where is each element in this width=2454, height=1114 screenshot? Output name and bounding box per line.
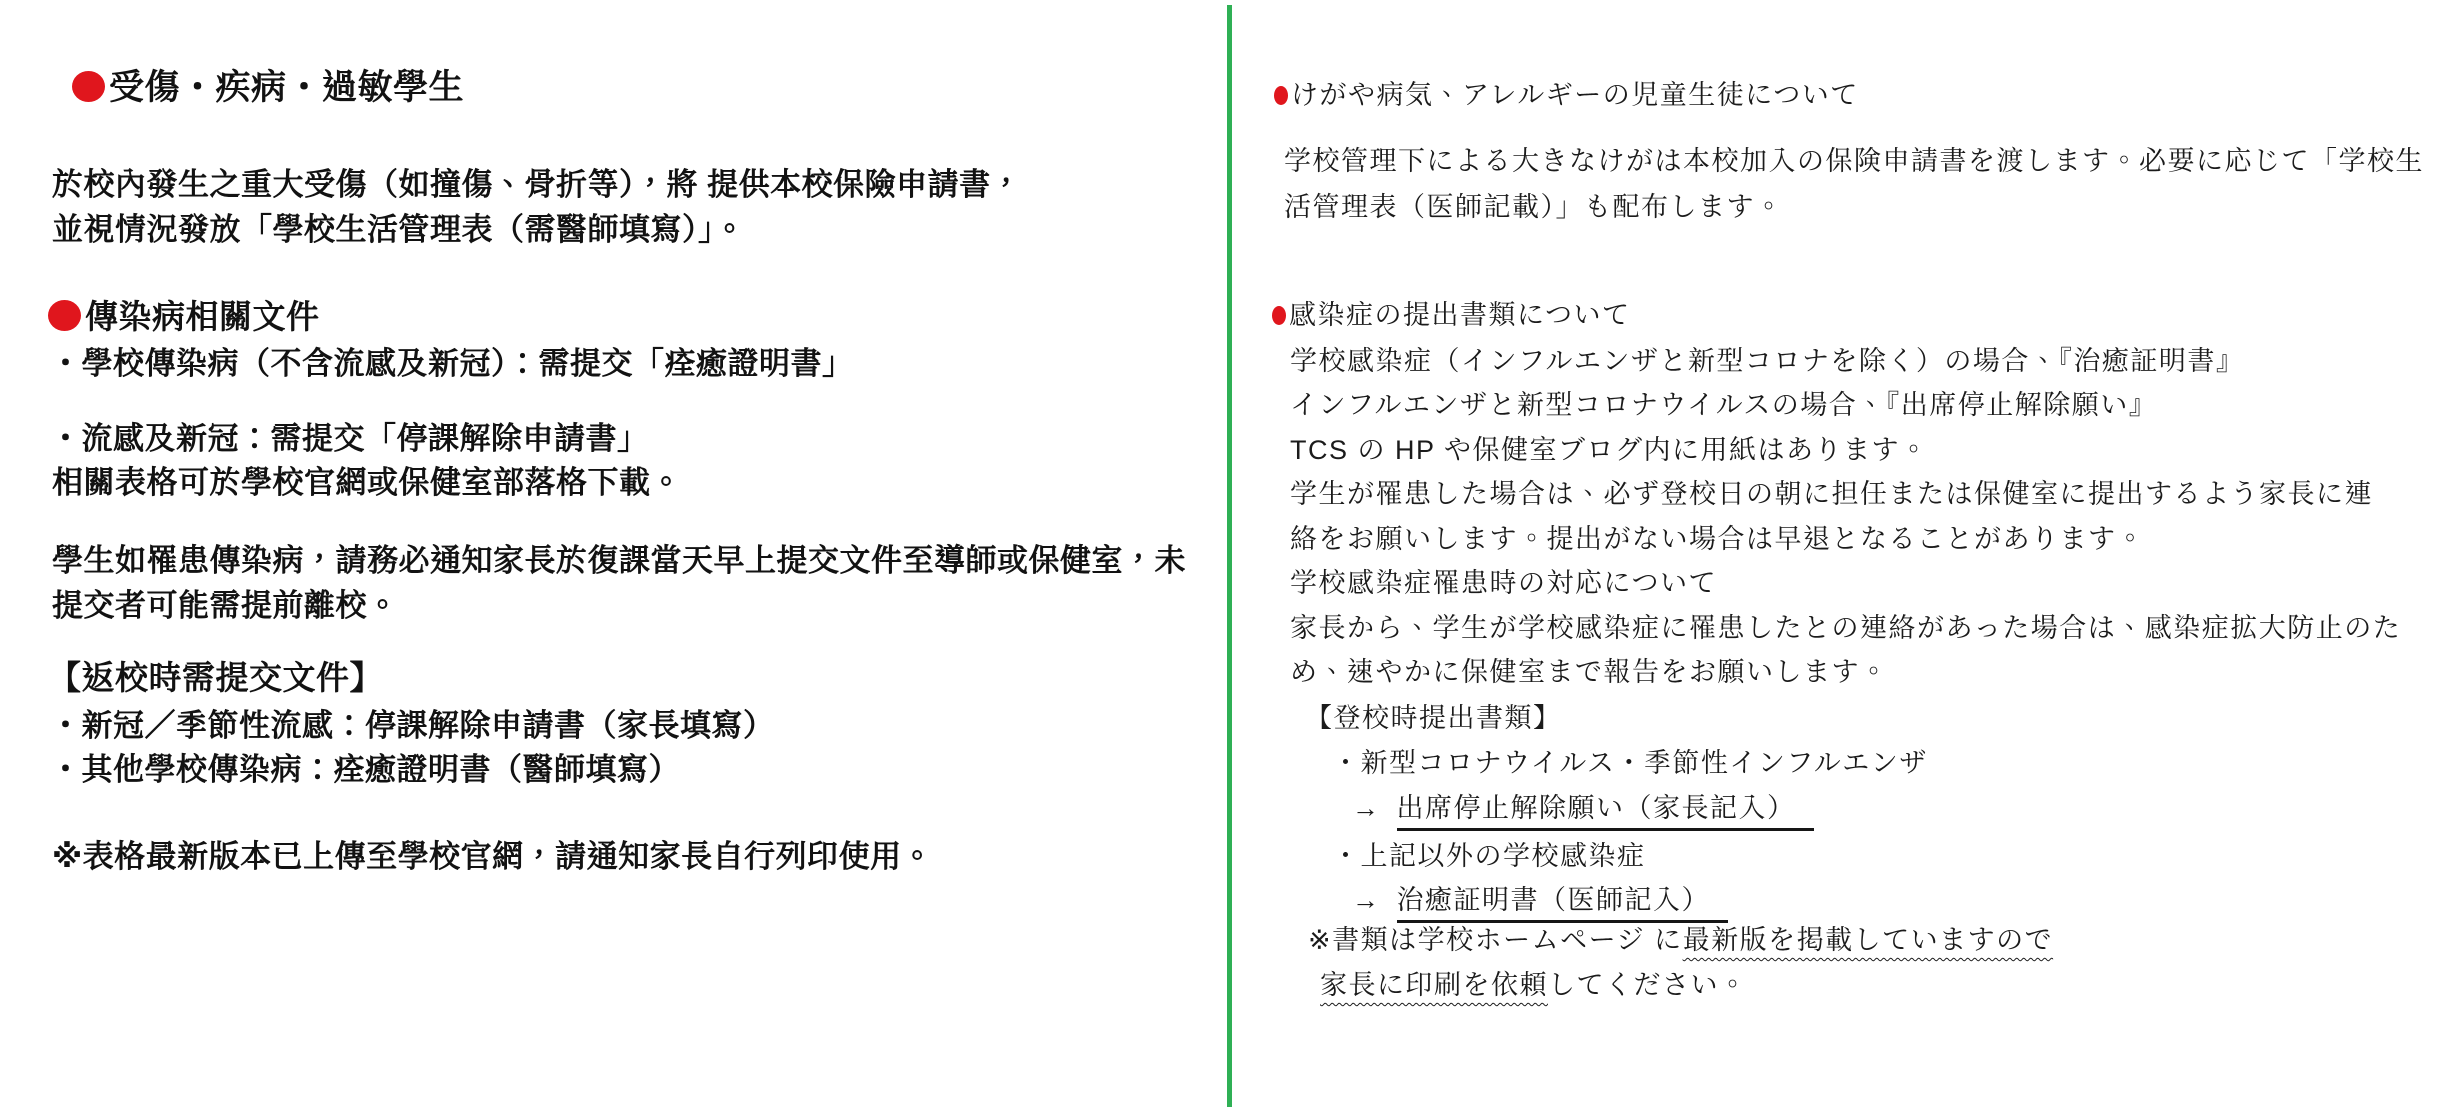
body-line: 提交者可能需提前離校。 [52, 580, 399, 625]
red-bullet-icon [1274, 86, 1288, 105]
footnote-line: ※表格最新版本已上傳至學校官網，請通知家長自行列印使用。 [52, 831, 933, 876]
right-arrow-icon: → [1352, 793, 1381, 823]
column-divider-line [1227, 5, 1232, 1107]
body-line: め、速やかに保健室まで報告をお願いします。 [1290, 650, 1889, 689]
body-line: 於校內發生之重大受傷（如撞傷、骨折等），將 提供本校保險申請書， [52, 159, 1022, 204]
section-heading-return-docs-zh: 【返校時需提交文件】 [48, 652, 383, 699]
body-line: 学校感染症（インフルエンザと新型コロナを除く）の場合、『治癒証明書』 [1290, 339, 2244, 378]
list-item: ・其他學校傳染病：痊癒證明書（醫師填寫） [50, 744, 680, 789]
right-arrow-icon: → [1352, 885, 1381, 915]
body-line: 並視情況發放「學校生活管理表（需醫師填寫）」。 [52, 204, 746, 249]
body-line: 學生如罹患傳染病，請務必通知家長於復課當天早上提交文件至導師或保健室，未 [52, 535, 1186, 580]
section-heading-infectious-zh: 傳染病相關文件 [48, 291, 320, 338]
body-line: 家長から、学生が学校感染症に罹患したとの連絡があった場合は、感染症拡大防止のた [1290, 606, 2401, 645]
list-item: ・流感及新冠：需提交「停課解除申請書」 [50, 413, 649, 458]
notice-document: { "colors": { "divider_green": "#2fb055"… [0, 0, 2454, 1114]
list-item: ・學校傳染病（不含流感及新冠）：需提交「痊癒證明書」 [50, 338, 854, 383]
checklist-heading: 【登校時提出書類】 [1305, 696, 1562, 735]
body-line: TCS の HP や保健室ブログ内に用紙はあります。 [1290, 428, 1929, 467]
heading-text: 傳染病相關文件 [85, 298, 320, 335]
body-line: 相關表格可於學校官網或保健室部落格下載。 [52, 457, 682, 502]
section-heading-infection-docs-ja: 感染症の提出書類について [1272, 293, 1630, 332]
body-line: インフルエンザと新型コロナウイルスの場合、『出席停止解除願い』 [1290, 383, 2157, 422]
list-item-arrow: →出席停止解除願い（家長記入） [1352, 786, 1814, 825]
body-line: 活管理表（医師記載）」も配布します。 [1284, 185, 1784, 224]
wavy-underlined-text: 家長に印刷を依頼 [1320, 970, 1548, 1000]
body-line: 学校管理下による大きなけがは本校加入の保険申請書を渡します。必要に応じて「学校生 [1284, 139, 2424, 178]
list-item: ・上記以外の学校感染症 [1332, 834, 1646, 873]
list-item: ・新型コロナウイルス・季節性インフルエンザ [1332, 741, 1928, 780]
footnote-prefix: ※書類は学校ホームページ に [1308, 925, 1683, 955]
heading-text: 受傷・疾病・過敏學生 [109, 68, 464, 107]
footnote-line: 家長に印刷を依頼してください。 [1320, 963, 1748, 1002]
red-bullet-icon [72, 71, 105, 102]
body-line: 学生が罹患した場合は、必ず登校日の朝に担任または保健室に提出するよう家長に連 [1290, 472, 2373, 511]
section-heading-injury-ja: けがや病気、アレルギーの児童生徒について [1274, 73, 1859, 112]
heading-text: 感染症の提出書類について [1289, 300, 1630, 330]
list-item: ・新冠／季節性流感：停課解除申請書（家長填寫） [50, 700, 775, 745]
section-heading-injury-zh: 受傷・疾病・過敏學生 [72, 60, 464, 110]
footnote-line: ※書類は学校ホームページ に最新版を掲載していますので [1308, 918, 2053, 957]
footnote-suffix: してください。 [1548, 970, 1748, 1000]
underlined-doc-name: 出席停止解除願い（家長記入） [1397, 793, 1814, 831]
wavy-underlined-text: 最新版を掲載していますので [1683, 925, 2054, 955]
list-item-arrow: →治癒証明書（医師記入） [1352, 878, 1728, 917]
heading-text: けがや病気、アレルギーの児童生徒について [1291, 80, 1859, 110]
red-bullet-icon [1272, 306, 1286, 325]
red-bullet-icon [48, 300, 81, 331]
body-line: 絡をお願いします。提出がない場合は早退となることがあります。 [1290, 517, 2145, 556]
body-line: 学校感染症罹患時の対応について [1290, 561, 1717, 600]
